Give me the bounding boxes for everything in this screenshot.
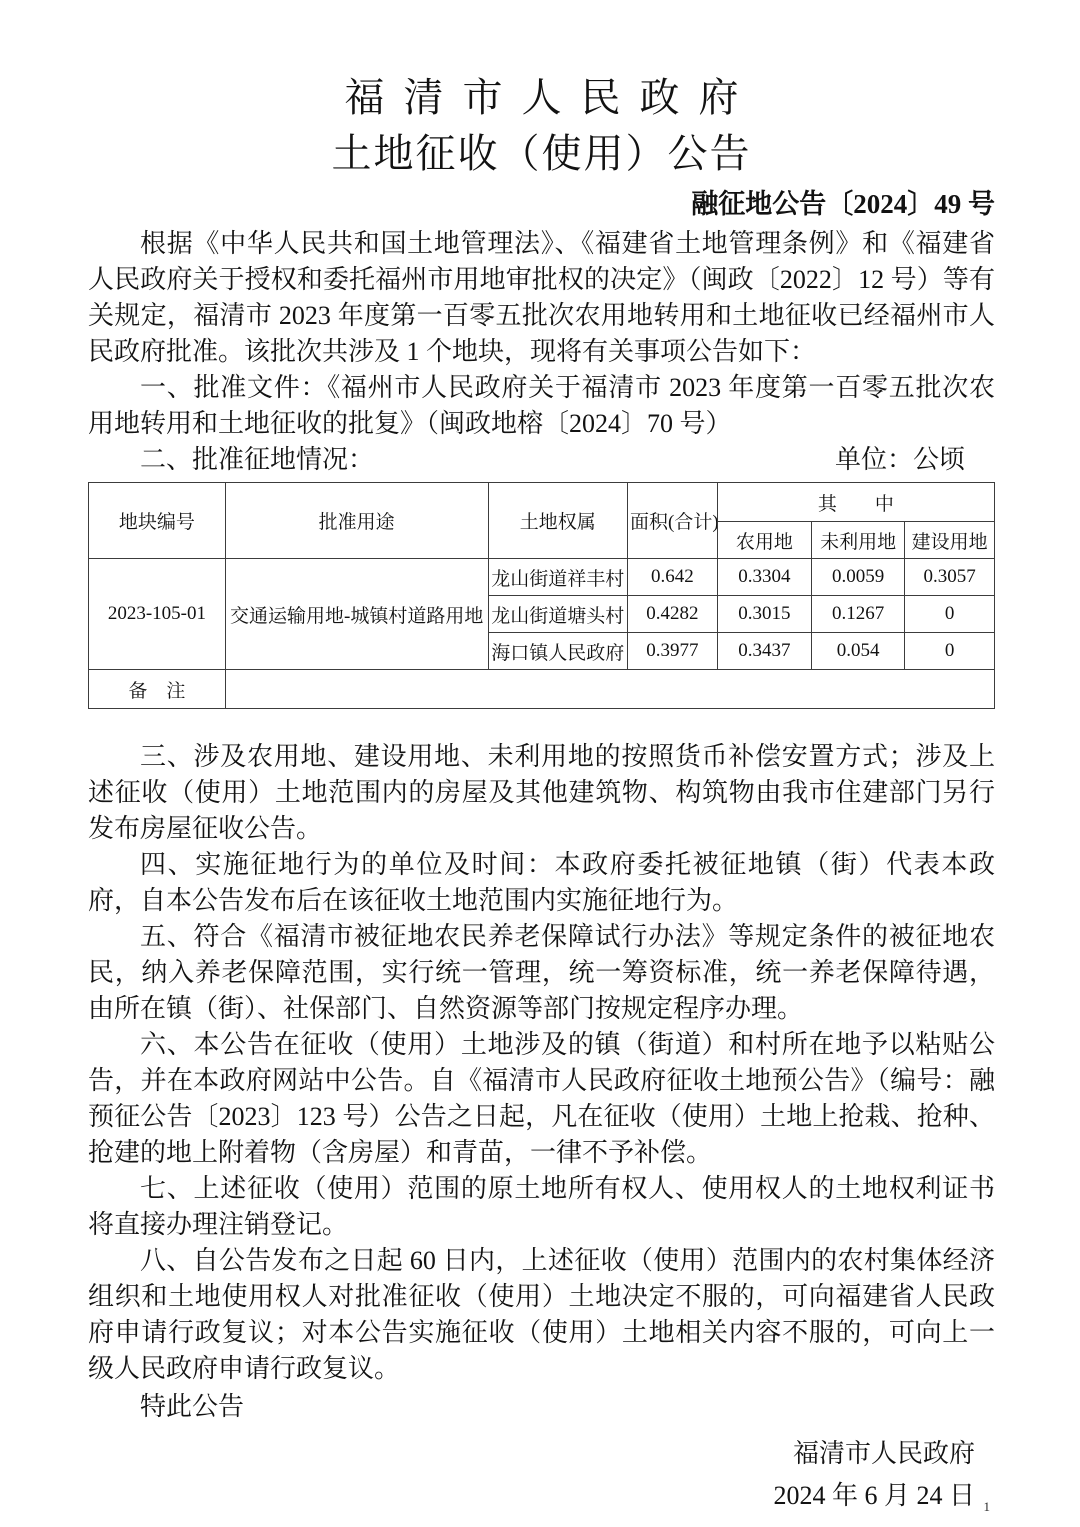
section-3-paragraph: 三、涉及农用地、建设用地、未利用地的按照货币补偿安置方式；涉及上述征收（使用）土…: [88, 739, 995, 847]
agricultural-area-cell: 0.3437: [717, 633, 811, 670]
unit-label: 单位：公顷: [835, 442, 995, 478]
col-header-agricultural: 农用地: [717, 522, 811, 559]
remark-label-cell: 备 注: [89, 670, 226, 709]
section-1-paragraph: 一、批准文件：《福州市人民政府关于福清市 2023 年度第一百零五批次农用地转用…: [88, 370, 995, 442]
unused-area-cell: 0.054: [811, 633, 904, 670]
ownership-cell: 海口镇人民政府: [488, 633, 628, 670]
page-number: 1: [984, 1499, 991, 1515]
doc-number: 融征地公告〔2024〕49 号: [88, 188, 995, 220]
signature-block: 福清市人民政府 2024 年 6 月 24 日: [88, 1433, 995, 1517]
table-row: 2023-105-01 交通运输用地-城镇村道路用地 龙山街道祥丰村 0.642…: [89, 559, 995, 596]
unused-area-cell: 0.0059: [811, 559, 904, 596]
signature-org: 福清市人民政府: [88, 1433, 975, 1475]
construction-area-cell: 0.3057: [905, 559, 995, 596]
col-header-ownership: 土地权属: [488, 483, 628, 559]
area-total-cell: 0.642: [628, 559, 718, 596]
closing-line: 特此公告: [88, 1389, 995, 1425]
section-5-paragraph: 五、符合《福清市被征地农民养老保障试行办法》等规定条件的被征地农民，纳入养老保障…: [88, 919, 995, 1027]
construction-area-cell: 0: [905, 633, 995, 670]
plot-use-cell: 交通运输用地-城镇村道路用地: [225, 559, 488, 670]
section-4-paragraph: 四、实施征地行为的单位及时间：本政府委托被征地镇（街）代表本政府，自本公告发布后…: [88, 847, 995, 919]
ownership-cell: 龙山街道祥丰村: [488, 559, 628, 596]
body-sections: 三、涉及农用地、建设用地、未利用地的按照货币补偿安置方式；涉及上述征收（使用）土…: [88, 739, 995, 1425]
section-2-label: 二、批准征地情况：: [88, 442, 374, 478]
ownership-cell: 龙山街道塘头村: [488, 596, 628, 633]
page-subtitle: 土地征收（使用）公告: [88, 130, 995, 178]
agricultural-area-cell: 0.3304: [717, 559, 811, 596]
agricultural-area-cell: 0.3015: [717, 596, 811, 633]
land-acquisition-table: 地块编号 批准用途 土地权属 面积(合计) 其 中 农用地 未利用地 建设用地 …: [88, 482, 995, 709]
section-8-paragraph: 八、自公告发布之日起 60 日内，上述征收（使用）范围内的农村集体经济组织和土地…: [88, 1243, 995, 1387]
col-header-among: 其 中: [717, 483, 994, 522]
col-header-area-total: 面积(合计): [628, 483, 718, 559]
remark-value-cell: [225, 670, 994, 709]
section-6-paragraph: 六、本公告在征收（使用）土地涉及的镇（街道）和村所在地予以粘贴公告，并在本政府网…: [88, 1027, 995, 1171]
construction-area-cell: 0: [905, 596, 995, 633]
intro-paragraph: 根据《中华人民共和国土地管理法》、《福建省土地管理条例》和《福建省人民政府关于授…: [88, 226, 995, 370]
col-header-plot-no: 地块编号: [89, 483, 226, 559]
section-7-paragraph: 七、上述征收（使用）范围的原土地所有权人、使用权人的土地权利证书将直接办理注销登…: [88, 1171, 995, 1243]
plot-id-cell: 2023-105-01: [89, 559, 226, 670]
announcement-page: 福清市人民政府 土地征收（使用）公告 融征地公告〔2024〕49 号 根据《中华…: [0, 0, 1080, 1527]
table-header-row-1: 地块编号 批准用途 土地权属 面积(合计) 其 中: [89, 483, 995, 522]
col-header-unused: 未利用地: [811, 522, 904, 559]
area-total-cell: 0.3977: [628, 633, 718, 670]
unused-area-cell: 0.1267: [811, 596, 904, 633]
signature-date: 2024 年 6 月 24 日: [88, 1475, 975, 1517]
col-header-approved-use: 批准用途: [225, 483, 488, 559]
col-header-construction: 建设用地: [905, 522, 995, 559]
page-title: 福清市人民政府: [88, 74, 995, 122]
section-2-row: 二、批准征地情况： 单位：公顷: [88, 442, 995, 478]
remark-row: 备 注: [89, 670, 995, 709]
area-total-cell: 0.4282: [628, 596, 718, 633]
